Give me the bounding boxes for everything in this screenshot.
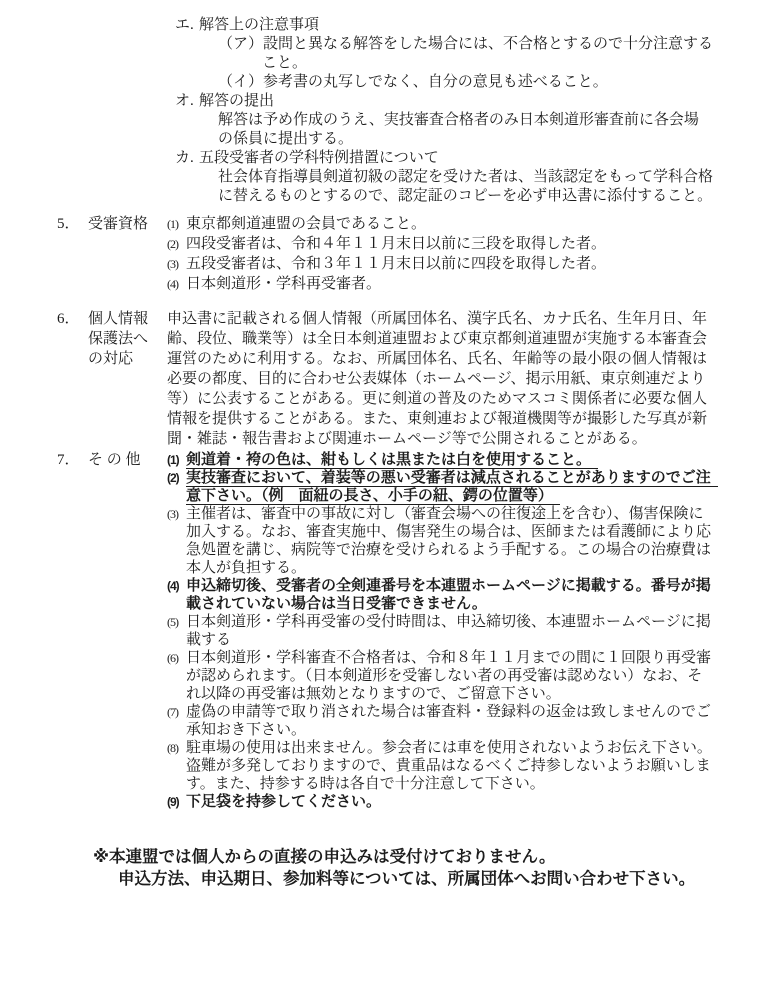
line-text: 申込書に記載される個人情報（所属団体名、漢字氏名、カナ氏名、生年月日、年 <box>167 311 707 327</box>
footer-note-line: ※本連盟では個人からの直接の申込みは受付けておりません。 <box>0 847 760 869</box>
line-text: 解答の提出 <box>199 93 274 109</box>
section-title: 個人情報 <box>88 311 148 327</box>
section-item-line: す。また、持参する時は各自で十分注意して下さい。 <box>0 775 760 793</box>
line-text: 意下さい。（例 面紐の長さ、小手の紐、鍔の位置等） <box>186 487 560 505</box>
line-text: が認められます。（日本剣道形を受審しない者の再受審は認めない）なお、そ <box>186 668 702 684</box>
section-item-line: (2)四段受審者は、令和４年１１月末日以前に三段を取得した者。 <box>0 234 760 254</box>
section-label-line: の対応 <box>57 349 148 369</box>
section-label: 5．受審資格 <box>57 214 148 234</box>
section-item-line: 承知おき下さい。 <box>0 721 760 739</box>
line-text: 虚偽の申請等で取り消された場合は審査料・登録料の返金は致しませんのでご <box>186 704 711 720</box>
line-text: 東京都剣道連盟の会員であること。 <box>186 216 426 232</box>
line-text: 必要の都度、目的に合わせ公表媒体（ホームページ、掲示用紙、東京剣連だより <box>167 371 706 387</box>
line-text: 四段受審者は、令和４年１１月末日以前に三段を取得した者。 <box>186 236 606 252</box>
line-text: 駐車場の使用は出来ません。参会者には車を使用されないようお伝え下さい。 <box>186 740 712 756</box>
line-text: 参考書の丸写しでなく、自分の意見も述べること。 <box>263 74 608 90</box>
outline-top: エ.解答上の注意事項（ア）設問と異なる解答をした場合には、不合格とするので十分注… <box>0 16 760 206</box>
section-personal-info: 6．個人情報保護法への対応 申込書に記載される個人情報（所属団体名、漢字氏名、カ… <box>0 309 760 449</box>
item-marker: （イ） <box>218 73 263 92</box>
section-number: 5． <box>57 214 88 234</box>
section-item-line: (5)日本剣道形・学科再受審の受付時間は、申込締切後、本連盟ホームページに掲 <box>0 613 760 631</box>
line-text: こと。 <box>262 55 307 71</box>
line-text: の係員に提出する。 <box>218 131 353 147</box>
line-text: 日本剣道形・学科再受審者。 <box>186 276 381 292</box>
line-text: 解答上の注意事項 <box>199 17 319 33</box>
line-text: す。また、持参する時は各自で十分注意して下さい。 <box>186 776 545 792</box>
item-marker: (1) <box>167 214 186 234</box>
document-page: エ.解答上の注意事項（ア）設問と異なる解答をした場合には、不合格とするので十分注… <box>0 0 760 984</box>
line-text: 本人が負担する。 <box>186 560 306 576</box>
line-text: 運営のために利用する。なお、所属団体名、氏名、年齢等の最小限の個人情報は <box>167 351 707 367</box>
section-item-line: 情報を提供することがある。また、東剣連および報道機関等が撮影した写真が新 <box>0 409 760 429</box>
item-marker: (5) <box>167 613 186 631</box>
section-item-line: (9)下足袋を持参してください。 <box>0 793 760 811</box>
footer-note: ※本連盟では個人からの直接の申込みは受付けておりません。 申込方法、申込期日、参… <box>0 847 760 890</box>
item-marker: (8) <box>167 739 186 757</box>
section-item-line: 急処置を講じ、病院等で治療を受けられるよう手配する。この場合の治療費は <box>0 541 760 559</box>
section-body: (1)剣道着・袴の色は、紺もしくは黒または白を使用すること。(2)実技審査におい… <box>0 451 760 811</box>
outline-line: エ.解答上の注意事項 <box>0 16 760 35</box>
item-marker: (2) <box>167 469 186 487</box>
section-item-line: 聞・雑誌・報告書および関連ホームページ等で公開されることがある。 <box>0 429 760 449</box>
outline-line: （イ）参考書の丸写しでなく、自分の意見も述べること。 <box>0 73 760 92</box>
line-text: 五段受審者は、令和３年１１月末日以前に四段を取得した者。 <box>186 256 606 272</box>
section-title: 受審資格 <box>88 216 148 232</box>
section-item-line: (4)日本剣道形・学科再受審者。 <box>0 274 760 294</box>
section-label-line: 保護法へ <box>57 329 148 349</box>
item-marker: (2) <box>167 234 186 254</box>
item-marker: (4) <box>167 577 186 595</box>
section-item-line: が認められます。（日本剣道形を受審しない者の再受審は認めない）なお、そ <box>0 667 760 685</box>
line-text: 剣道着・袴の色は、紺もしくは黒または白を使用すること。 <box>186 451 598 469</box>
section-item-line: 加入する。なお、審査実施中、傷害発生の場合は、医師または看護師により応 <box>0 523 760 541</box>
section-item-line: (4)申込締切後、受審者の全剣連番号を本連盟ホームページに掲載する。番号が掲 <box>0 577 760 595</box>
section-item-line: (2)実技審査において、着装等の悪い受審者は減点されることがありますのでご注 <box>0 469 760 487</box>
section-label: 6．個人情報保護法への対応 <box>57 309 148 369</box>
line-text: 齢、段位、職業等）は全日本剣道連盟および東京都剣道連盟が実施する本審査会 <box>167 331 707 347</box>
line-text: 実技審査において、着装等の悪い受審者は減点されることがありますのでご注 <box>186 469 718 487</box>
line-text: 日本剣道形・学科審査不合格者は、令和８年１１月までの間に１回限り再受審 <box>186 650 711 666</box>
line-text: 社会体育指導員剣道初級の認定を受けた者は、当該認定をもって学科合格 <box>218 169 713 185</box>
outline-line: こと。 <box>0 54 760 73</box>
line-text: 載する <box>186 632 231 648</box>
item-marker: カ. <box>175 149 199 168</box>
section-item-line: 等）に公表することがある。更に剣道の普及のためマスコミ関係者に必要な個人 <box>0 389 760 409</box>
section-item-line: (6)日本剣道形・学科審査不合格者は、令和８年１１月までの間に１回限り再受審 <box>0 649 760 667</box>
section-label-line: 7．そ の 他 <box>57 451 141 469</box>
section-label-line: 5．受審資格 <box>57 214 148 234</box>
item-marker: (6) <box>167 649 186 667</box>
line-text: 主催者は、審査中の事故に対し（審査会場への往復途上を含む）、傷害保険に <box>186 506 704 522</box>
item-marker: (1) <box>167 451 186 469</box>
item-marker: エ. <box>175 16 199 35</box>
line-text: 加入する。なお、審査実施中、傷害発生の場合は、医師または看護師により応 <box>186 524 711 540</box>
section-item-line: (7)虚偽の申請等で取り消された場合は審査料・登録料の返金は致しませんのでご <box>0 703 760 721</box>
item-marker: (4) <box>167 274 186 294</box>
section-item-line: 必要の都度、目的に合わせ公表媒体（ホームページ、掲示用紙、東京剣連だより <box>0 369 760 389</box>
section-number: 6． <box>57 309 88 329</box>
line-text: 聞・雑誌・報告書および関連ホームページ等で公開されることがある。 <box>167 431 647 447</box>
outline-line: カ.五段受審者の学科特例措置について <box>0 149 760 168</box>
section-item-line: (3)五段受審者は、令和３年１１月末日以前に四段を取得した者。 <box>0 254 760 274</box>
line-text: 五段受審者の学科特例措置について <box>199 150 439 166</box>
item-marker: （ア） <box>218 35 263 54</box>
line-text: 等）に公表することがある。更に剣道の普及のためマスコミ関係者に必要な個人 <box>167 391 707 407</box>
footer-note-line: 申込方法、申込期日、参加料等については、所属団体へお問い合わせ下さい。 <box>0 869 760 891</box>
section-label: 7．そ の 他 <box>57 451 141 469</box>
line-text: 設問と異なる解答をした場合には、不合格とするので十分注意する <box>263 36 713 52</box>
line-text: 急処置を講じ、病院等で治療を受けられるよう手配する。この場合の治療費は <box>186 542 711 558</box>
item-marker: オ. <box>175 92 199 111</box>
line-text: 承知おき下さい。 <box>186 722 306 738</box>
section-label-line: 6．個人情報 <box>57 309 148 329</box>
outline-line: 解答は予め作成のうえ、実技審査合格者のみ日本剣道形審査前に各会場 <box>0 111 760 130</box>
section-qualifications: 5．受審資格 (1)東京都剣道連盟の会員であること。(2)四段受審者は、令和４年… <box>0 214 760 294</box>
item-marker: (3) <box>167 505 186 523</box>
outline-line: オ.解答の提出 <box>0 92 760 111</box>
outline-line: （ア）設問と異なる解答をした場合には、不合格とするので十分注意する <box>0 35 760 54</box>
section-item-line: 載する <box>0 631 760 649</box>
item-marker: (7) <box>167 703 186 721</box>
section-item-line: れ以降の再受審は無効となりますので、ご留意下さい。 <box>0 685 760 703</box>
line-text: に替えるものとするので、認定証のコピーを必ず申込書に添付すること。 <box>218 188 712 204</box>
line-text: 盗難が多発しておりますので、貴重品はなるべくご持参しないようお願いしま <box>186 758 711 774</box>
section-item-line: 載されていない場合は当日受審できません。 <box>0 595 760 613</box>
line-text: れ以降の再受審は無効となりますので、ご留意下さい。 <box>186 686 561 702</box>
line-text: 日本剣道形・学科再受審の受付時間は、申込締切後、本連盟ホームページに掲 <box>186 614 711 630</box>
outline-line: 社会体育指導員剣道初級の認定を受けた者は、当該認定をもって学科合格 <box>0 168 760 187</box>
line-text: 申込締切後、受審者の全剣連番号を本連盟ホームページに掲載する。番号が掲 <box>186 577 711 594</box>
section-item-line: 本人が負担する。 <box>0 559 760 577</box>
outline-line: に替えるものとするので、認定証のコピーを必ず申込書に添付すること。 <box>0 187 760 206</box>
section-item-line: 意下さい。（例 面紐の長さ、小手の紐、鍔の位置等） <box>0 487 760 505</box>
section-number: 7． <box>57 451 88 469</box>
section-item-line: (8)駐車場の使用は出来ません。参会者には車を使用されないようお伝え下さい。 <box>0 739 760 757</box>
outline-line: の係員に提出する。 <box>0 130 760 149</box>
section-item-line: (3)主催者は、審査中の事故に対し（審査会場への往復途上を含む）、傷害保険に <box>0 505 760 523</box>
line-text: 載されていない場合は当日受審できません。 <box>186 595 487 612</box>
item-marker: (9) <box>167 793 186 811</box>
line-text: 情報を提供することがある。また、東剣連および報道機関等が撮影した写真が新 <box>167 411 707 427</box>
section-other: 7．そ の 他 (1)剣道着・袴の色は、紺もしくは黒または白を使用すること。(2… <box>0 451 760 811</box>
line-text: 解答は予め作成のうえ、実技審査合格者のみ日本剣道形審査前に各会場 <box>218 112 699 128</box>
item-marker: (3) <box>167 254 186 274</box>
section-title: そ の 他 <box>88 452 141 468</box>
section-item-line: 盗難が多発しておりますので、貴重品はなるべくご持参しないようお願いしま <box>0 757 760 775</box>
line-text: 下足袋を持参してください。 <box>186 793 381 810</box>
